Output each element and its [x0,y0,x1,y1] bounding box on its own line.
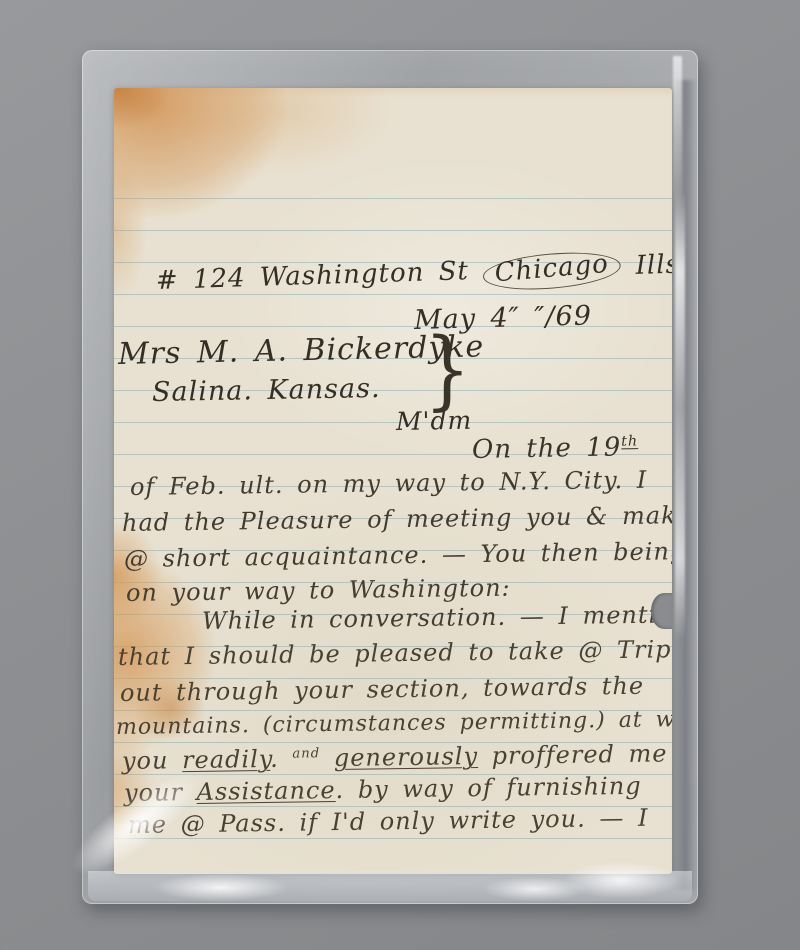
handwriting-text: on your way to Washington: [126,574,511,607]
handwriting-text [320,744,334,772]
handwriting-text: you [122,746,182,775]
handwriting-text: . [270,745,293,773]
handwriting-line: that I should be pleased to take @ Trip [118,636,672,670]
handwriting-text: th [621,433,638,449]
handwriting-text: . by way of furnishing [335,772,641,804]
sleeve-reflection-bottom [88,871,692,901]
handwriting-line: On the 19th [472,433,639,464]
handwriting-text: Assistance [196,776,335,806]
handwriting-line: your Assistance. by way of furnishing [124,773,642,807]
handwriting: # 124 Washington St Chicago IllsMay 4″ ″… [114,88,672,874]
handwriting-text: generously [334,742,479,772]
handwriting-text: me @ Pass. if I'd only write you. — I [128,804,649,839]
handwriting-text: @ short acquaintance. — You then being [124,537,672,573]
handwriting-line: While in conversation. — I mentioñ [202,601,672,634]
handwriting-text: of Feb. ult. on my way to N.Y. City. I [130,466,648,501]
handwriting-text: that I should be pleased to take @ Trip [118,635,672,671]
handwriting-text: out through your section, towards the [120,672,644,707]
handwriting-line: out through your section, towards the [120,673,644,707]
handwriting-text: On the 19 [472,432,622,465]
letter-paper: # 124 Washington St Chicago IllsMay 4″ ″… [114,88,672,874]
handwriting-text: readily [182,745,270,774]
handwriting-line: Salina. Kansas. [152,374,381,408]
handwriting-text: your [124,778,197,807]
handwriting-line: @ short acquaintance. — You then being [124,538,672,572]
brace-flourish: } [424,328,471,412]
handwriting-text: # 124 Washington St [155,256,483,296]
handwriting-text: had the Pleasure of meeting you & making [122,501,672,537]
handwriting-text: mountains. (circumstances permitting.) a… [116,706,672,740]
plastic-sleeve: # 124 Washington St Chicago IllsMay 4″ ″… [82,50,698,904]
handwriting-line: had the Pleasure of meeting you & making [122,502,672,537]
handwriting-text: Salina. Kansas. [152,373,381,408]
paper-edge-notch [651,593,672,629]
handwriting-line: of Feb. ult. on my way to N.Y. City. I [130,467,648,501]
handwriting-line: # 124 Washington St Chicago Ills [155,250,672,301]
sleeve-shadow-right [672,80,696,890]
circled-word: Chicago [482,248,623,294]
handwriting-text: Ills [621,250,672,282]
handwriting-line: you readily. and generously proffered me [122,740,668,774]
handwriting-line: mountains. (circumstances permitting.) a… [116,707,672,740]
handwriting-text: and [292,746,320,761]
handwriting-line: me @ Pass. if I'd only write you. — I [128,805,649,839]
handwriting-text: While in conversation. — I mentioñ [202,600,672,635]
handwriting-line: on your way to Washington: [126,575,511,607]
photo-of-letter: # 124 Washington St Chicago IllsMay 4″ ″… [0,0,800,950]
handwriting-text: proffered me [478,739,668,770]
